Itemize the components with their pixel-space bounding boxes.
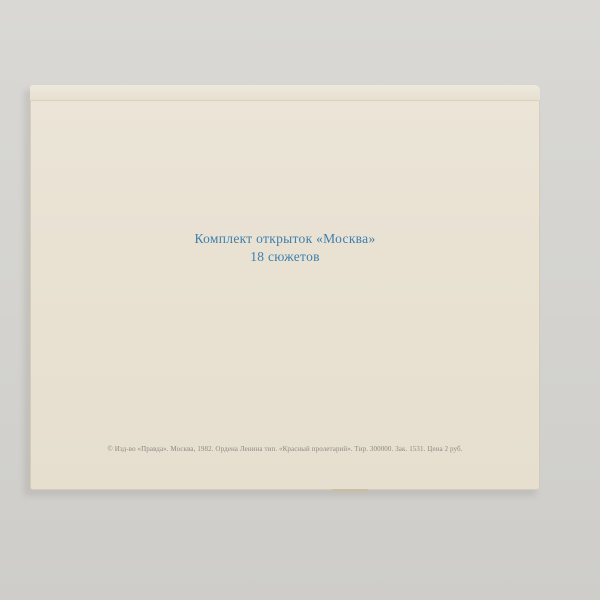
cover-title-line1: Комплект открыток «Москва» — [30, 230, 540, 248]
postcard-set-folder: Комплект открыток «Москва» 18 сюжетов © … — [30, 85, 540, 490]
publisher-imprint: © Изд-во «Правда». Москва, 1982. Ордена … — [30, 445, 540, 453]
cover-title-line2: 18 сюжетов — [30, 248, 540, 266]
bottom-edge-mark — [332, 489, 368, 492]
folder-flap — [30, 85, 540, 101]
cover-title: Комплект открыток «Москва» 18 сюжетов — [30, 230, 540, 266]
